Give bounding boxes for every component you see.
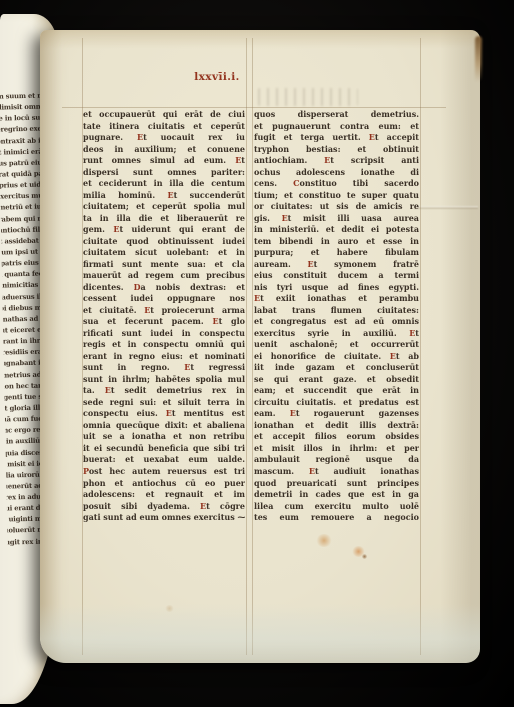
text-line: cens. Constituo tibi sacerdo xyxy=(254,178,419,190)
text-line: tium; et constituo te super quatu xyxy=(254,190,419,202)
text-column-left: et occupauerūt qui erāt de ciuitate itin… xyxy=(83,109,245,524)
text-line: sua et fecerunt pacem. Et glo xyxy=(83,316,245,328)
red-touched-capital: E xyxy=(309,466,315,476)
parchment-stain xyxy=(362,554,367,559)
red-touched-capital: C xyxy=(293,178,299,188)
text-line: Et exiit ionathas et perambu xyxy=(254,293,419,305)
ruling-line-intercolumn-a xyxy=(246,38,247,655)
text-line: ciuitate quod obtinuissent iudei xyxy=(83,236,245,248)
red-touched-capital: E xyxy=(282,213,288,223)
text-line: omnia quecūque dixit: et abaliena xyxy=(83,420,245,432)
text-line: ta in illa die et liberauerūt re xyxy=(83,213,245,225)
text-line: mauerūt ad regem cum precibus xyxy=(83,270,245,282)
text-line: demetrii in cades que est in ga xyxy=(254,489,419,501)
manuscript-page: lxxvīi.i. et occupauerūt qui erāt de ciu… xyxy=(40,30,480,663)
red-touched-capital: E xyxy=(390,351,396,361)
text-line: dicentes. Da nobis dextras: et xyxy=(83,282,245,294)
text-line: ambulauit regionē usque da xyxy=(254,454,419,466)
text-line: phon et antiochus cū eo puer xyxy=(83,478,245,490)
text-line: fugit et terga uertit. Et accepit xyxy=(254,132,419,144)
text-line: nis tyri usque ad fines egypti. xyxy=(254,282,419,294)
text-line: ionathan et dedit illis dextrā: xyxy=(254,420,419,432)
ruling-line-top xyxy=(62,107,446,108)
red-touched-capital: E xyxy=(137,132,143,142)
page-bottom-sheen xyxy=(40,603,480,663)
text-line: milia hominū. Et succenderūt xyxy=(83,190,245,202)
text-line: ei honorifice de ciuitate. Et ab xyxy=(254,351,419,363)
red-touched-capital: E xyxy=(290,408,296,418)
text-line: dispersi sunt omnes pariter: xyxy=(83,167,245,179)
text-line: eam. Et rogauerunt gazenses xyxy=(254,408,419,420)
red-touched-capital: E xyxy=(409,328,415,338)
text-line: firmati sunt mente sua: et cla xyxy=(83,259,245,271)
text-line: antiochiam. Et scripsit anti xyxy=(254,155,419,167)
text-line: tate itinera ciuitatis et ceperūt xyxy=(83,121,245,133)
text-line: eius constituit ducem a termi xyxy=(254,270,419,282)
text-line: auream. Et symonem fratrē xyxy=(254,259,419,271)
red-touched-capital: E xyxy=(200,501,206,511)
text-column-right: quos disperserat demetrius.et pugnauerun… xyxy=(254,109,419,524)
text-line: purpura; et habere fibulam xyxy=(254,247,419,259)
text-line: erant in regno eius: et nominati xyxy=(83,351,245,363)
red-touched-capital: E xyxy=(212,316,218,326)
text-line: et occupauerūt qui erāt de ciui xyxy=(83,109,245,121)
parchment-stain xyxy=(316,534,332,547)
text-line: or ciuitates: ut sis de amicis re xyxy=(254,201,419,213)
text-line: adolescens: et regnauit et im xyxy=(83,489,245,501)
running-head-folio-numeral: lxxvīi.i. xyxy=(190,71,244,83)
text-line: mascum. Et audiuit ionathas xyxy=(254,466,419,478)
red-touched-capital: E xyxy=(369,132,375,142)
text-line: in ministeriū. et dedit ei potesta xyxy=(254,224,419,236)
text-line: lilea cum exercitu multo uolē xyxy=(254,501,419,513)
red-touched-capital: E xyxy=(113,224,119,234)
text-line: eam; et succendit que erāt in xyxy=(254,385,419,397)
text-line: ochus adolescens ionathe di xyxy=(254,167,419,179)
red-touched-capital: E xyxy=(105,385,111,395)
text-line: tes eum remouere a negocio xyxy=(254,512,419,524)
text-line: gati sunt ad eum omnes exercitus ⁓ xyxy=(83,512,245,524)
red-touched-capital: E xyxy=(324,155,330,165)
red-touched-capital: E xyxy=(308,259,314,269)
text-line: gem. Et uiderunt qui erant de xyxy=(83,224,245,236)
text-line: tem bibendi in auro et esse in xyxy=(254,236,419,248)
text-line: sunt in regno. Et regressi xyxy=(83,362,245,374)
text-line: uit se a ionatha et non retribu xyxy=(83,431,245,443)
text-line: pugnare. Et uocauit rex iu xyxy=(83,132,245,144)
text-line: rificati sunt iudei in conspectu xyxy=(83,328,245,340)
text-line: tryphon bestias: et obtinuit xyxy=(254,144,419,156)
text-line: iit inde gazam et concluserūt xyxy=(254,362,419,374)
text-line: ciuitatem; et ceperūt spolia mul xyxy=(83,201,245,213)
text-line: conspectu eius. Et mentitus est xyxy=(83,408,245,420)
text-line: se qui erant gaze. et obsedit xyxy=(254,374,419,386)
text-line: cessent iudei oppugnare nos xyxy=(83,293,245,305)
text-line: exercitus syrie in auxiliū. Et xyxy=(254,328,419,340)
ruling-line-right xyxy=(420,38,421,655)
red-touched-capital: E xyxy=(166,408,172,418)
text-line: ta. Et sedit demetrius rex in xyxy=(83,385,245,397)
text-line: buerat: et uexabat eum ualde. xyxy=(83,454,245,466)
manuscript-photo-background: m suum et nidimisit omnēque in locū suūp… xyxy=(0,0,514,707)
red-touched-capital: D xyxy=(134,282,141,292)
text-line: et ciuitatē. Et proiecerunt arma xyxy=(83,305,245,317)
text-line: et congregatus est ad eū omnis xyxy=(254,316,419,328)
text-line: posuit sibi dyadema. Et cōgre xyxy=(83,501,245,513)
text-line: gis. Et misit illi uasa aurea xyxy=(254,213,419,225)
text-line: Post hec autem reuersus est tri xyxy=(83,466,245,478)
ruling-line-intercolumn-b xyxy=(252,38,253,655)
red-touched-capital: E xyxy=(184,362,190,372)
text-line: ciuitatem sicut uolebant: et in xyxy=(83,247,245,259)
text-line: et misit illos in ihrlm: et per xyxy=(254,443,419,455)
red-touched-capital: E xyxy=(144,305,150,315)
red-touched-capital: E xyxy=(167,190,173,200)
text-line: deos in auxilium; et conuene xyxy=(83,144,245,156)
show-through-ghost-text xyxy=(258,88,358,106)
text-line: circuitu ciuitatis. et predatus est xyxy=(254,397,419,409)
text-line: uenit aschalonē; et occurrerūt xyxy=(254,339,419,351)
parchment-crease xyxy=(414,206,478,209)
text-line: regis et in conspectu omniū qui xyxy=(83,339,245,351)
page-corner-smudge xyxy=(475,36,482,82)
red-touched-capital: P xyxy=(83,466,89,476)
text-line: quod preuaricati sunt principes xyxy=(254,478,419,490)
text-line: sunt in ihrlm; habētes spolia mul xyxy=(83,374,245,386)
text-line: runt omnes simul ad eum. Et xyxy=(83,155,245,167)
text-line: labat trans flumen ciuitates: xyxy=(254,305,419,317)
red-touched-capital: E xyxy=(235,155,241,165)
text-line: sede regni sui: et siluit terra in xyxy=(83,397,245,409)
text-line: et ceciderunt in illa die centum xyxy=(83,178,245,190)
red-touched-capital: E xyxy=(254,293,260,303)
text-line: it ei secundū beneficia que sibi tri xyxy=(83,443,245,455)
text-line: et accepit filios eorum obsides xyxy=(254,431,419,443)
text-line: quos disperserat demetrius. xyxy=(254,109,419,121)
text-line: et pugnauerunt contra eum: et xyxy=(254,121,419,133)
